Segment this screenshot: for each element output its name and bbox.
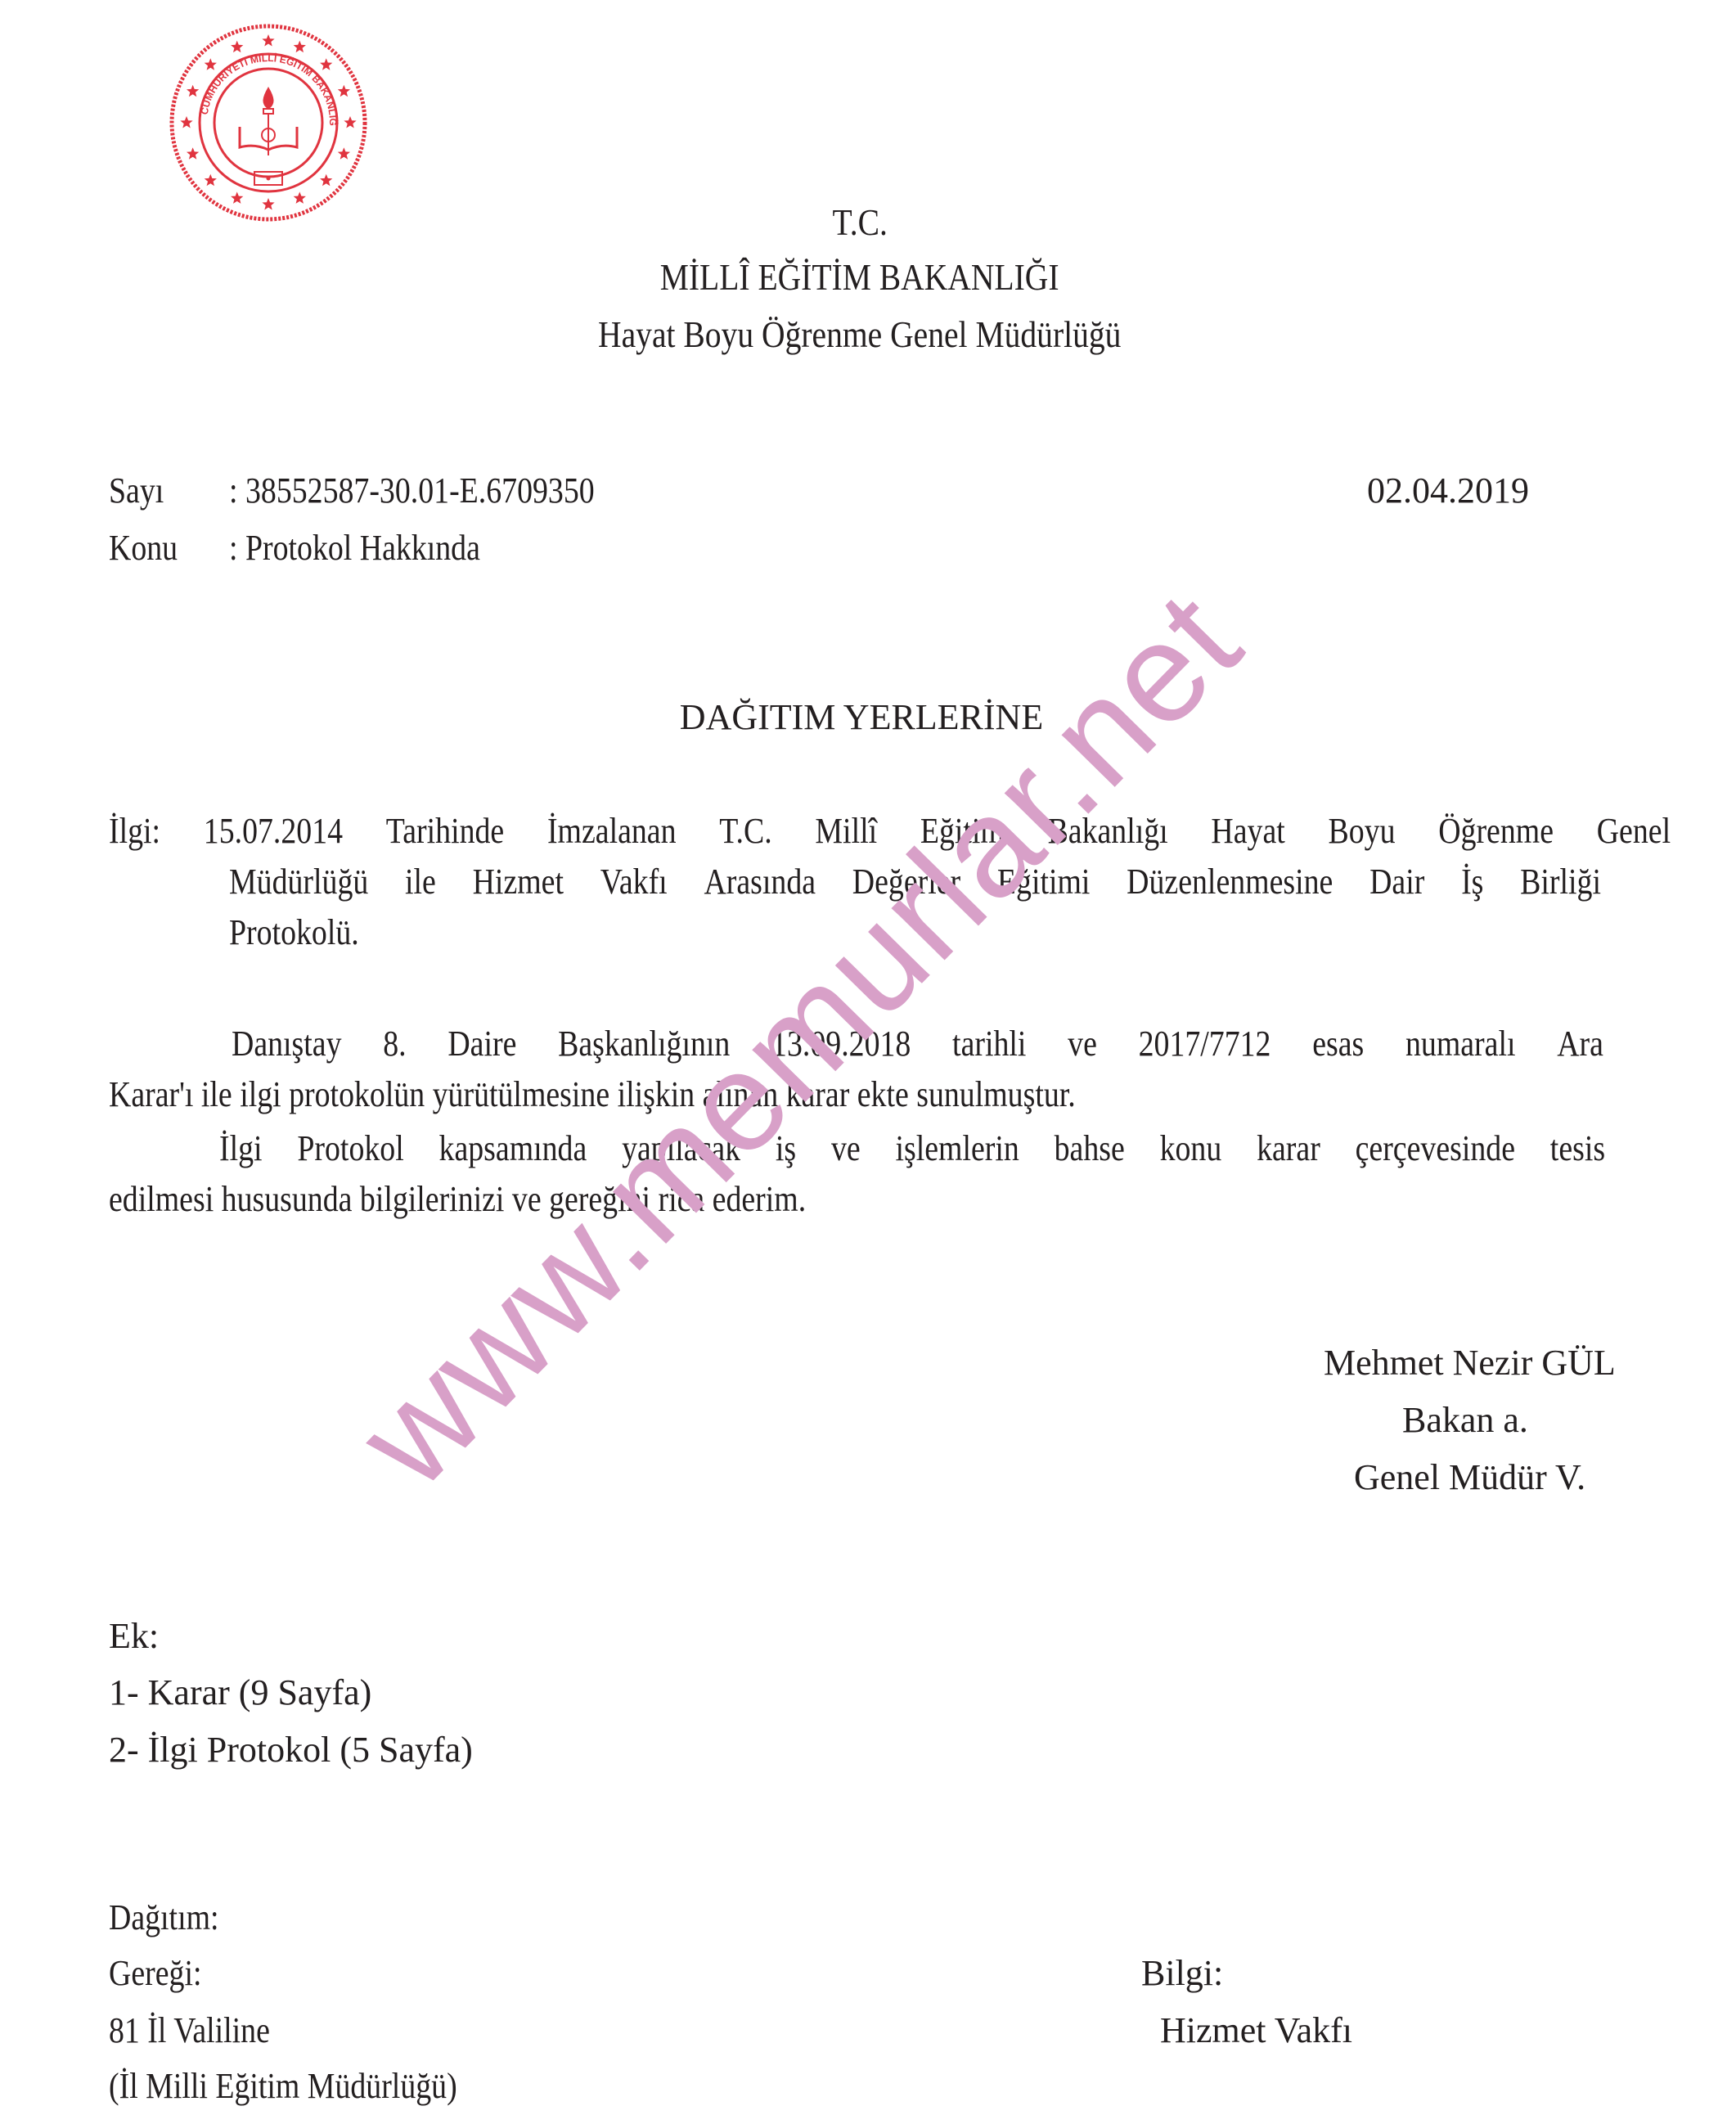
bilgi-item: Hizmet Vakfı <box>1160 2013 1352 2049</box>
word: İş <box>1461 857 1483 907</box>
word: Daire <box>447 1019 516 1069</box>
paragraph-1-line-1: Danıştay8.DaireBaşkanlığının13.09.2018ta… <box>232 1019 1603 1069</box>
word: Vakfı <box>600 857 668 907</box>
sayi-value: : 38552587-30.01-E.6709350 <box>229 473 654 509</box>
konu-value: : Protokol Hakkında <box>229 530 521 566</box>
word: İlgi: <box>109 806 160 857</box>
word: Boyu <box>1328 806 1395 857</box>
paragraph-2-line-2: edilmesi hususunda bilgilerinizi ve gere… <box>109 1174 806 1225</box>
word: Hizmet <box>473 857 564 907</box>
word: Tarihinde <box>386 806 504 857</box>
word: Millî <box>815 806 877 857</box>
word: işlemlerin <box>895 1123 1019 1174</box>
word: Birliği <box>1520 857 1601 907</box>
geregi-item: (İl Milli Eğitim Müdürlüğü) <box>109 2068 514 2104</box>
ilgi-reference: İlgi:15.07.2014TarihindeİmzalananT.C.Mil… <box>109 806 1667 958</box>
document-date: 02.04.2019 <box>1367 473 1529 509</box>
word: konu <box>1160 1123 1222 1174</box>
word: İlgi <box>219 1123 263 1174</box>
word: Müdürlüğü <box>229 857 368 907</box>
attachment-item: 2- İlgi Protokol (5 Sayfa) <box>109 1732 473 1768</box>
word: Eğitimi <box>997 857 1091 907</box>
word: Değerler <box>852 857 960 907</box>
konu-label: Konu <box>109 530 189 566</box>
word: 15.07.2014 <box>204 806 343 857</box>
sayi-label: Sayı <box>109 473 173 509</box>
word: Öğrenme <box>1438 806 1554 857</box>
header-unit: Hayat Boyu Öğrenme Genel Müdürlüğü <box>0 313 1728 356</box>
attachments-label: Ek: <box>109 1618 159 1654</box>
word: 13.09.2018 <box>771 1019 911 1069</box>
word: ve <box>1068 1019 1097 1069</box>
geregi-item: 81 İl Valiline <box>109 2013 296 2049</box>
word: bahse <box>1055 1123 1125 1174</box>
signatory-title-1: Bakan a. <box>1402 1399 1528 1441</box>
word: çerçevesinde <box>1356 1123 1515 1174</box>
word: Danıştay <box>232 1019 342 1069</box>
word: 2017/7712 <box>1139 1019 1271 1069</box>
word: esas <box>1312 1019 1364 1069</box>
word: numaralı <box>1405 1019 1515 1069</box>
signatory-title-2: Genel Müdür V. <box>1354 1456 1585 1498</box>
word: Bakanlığı <box>1048 806 1168 857</box>
word: Hayat <box>1211 806 1284 857</box>
distribution-label: Dağıtım: <box>109 1900 236 1936</box>
word: Ara <box>1557 1019 1603 1069</box>
word: iş <box>776 1123 796 1174</box>
ilgi-line-3: Protokolü. <box>229 907 359 958</box>
bilgi-label: Bilgi: <box>1141 1955 1223 1991</box>
word: kapsamında <box>439 1123 587 1174</box>
word: Dair <box>1369 857 1424 907</box>
word: Protokol <box>297 1123 403 1174</box>
ilgi-line-1: İlgi:15.07.2014TarihindeİmzalananT.C.Mil… <box>109 806 1671 857</box>
word: karar <box>1257 1123 1320 1174</box>
word: ve <box>831 1123 861 1174</box>
word: Başkanlığının <box>558 1019 730 1069</box>
attachment-item: 1- Karar (9 Sayfa) <box>109 1675 371 1711</box>
word: Arasında <box>704 857 816 907</box>
word: 8. <box>383 1019 406 1069</box>
body-paragraph-2: İlgiProtokolkapsamındayapılacakişveişlem… <box>109 1123 1667 1225</box>
word: Genel <box>1597 806 1671 857</box>
ilgi-line-2: MüdürlüğüileHizmetVakfıArasındaDeğerlerE… <box>229 857 1601 907</box>
word: Eğitim <box>920 806 1005 857</box>
addressee: DAĞITIM YERLERİNE <box>0 700 1729 736</box>
body-paragraph-1: Danıştay8.DaireBaşkanlığının13.09.2018ta… <box>109 1019 1667 1120</box>
paragraph-2-line-1: İlgiProtokolkapsamındayapılacakişveişlem… <box>219 1123 1605 1174</box>
word: yapılacak <box>622 1123 740 1174</box>
header-ministry: MİLLÎ EĞİTİM BAKANLIĞI <box>0 255 1728 299</box>
geregi-label: Gereği: <box>109 1955 217 1991</box>
word: İmzalanan <box>547 806 677 857</box>
word: T.C. <box>719 806 771 857</box>
header-state: T.C. <box>0 200 1728 244</box>
word: Düzenlenmesine <box>1127 857 1333 907</box>
paragraph-1-line-2: Karar'ı ile ilgi protokolün yürütülmesin… <box>109 1069 1076 1120</box>
word: tesis <box>1550 1123 1605 1174</box>
word: ile <box>405 857 436 907</box>
signatory-name: Mehmet Nezir GÜL <box>1324 1342 1616 1384</box>
word: tarihli <box>952 1019 1026 1069</box>
